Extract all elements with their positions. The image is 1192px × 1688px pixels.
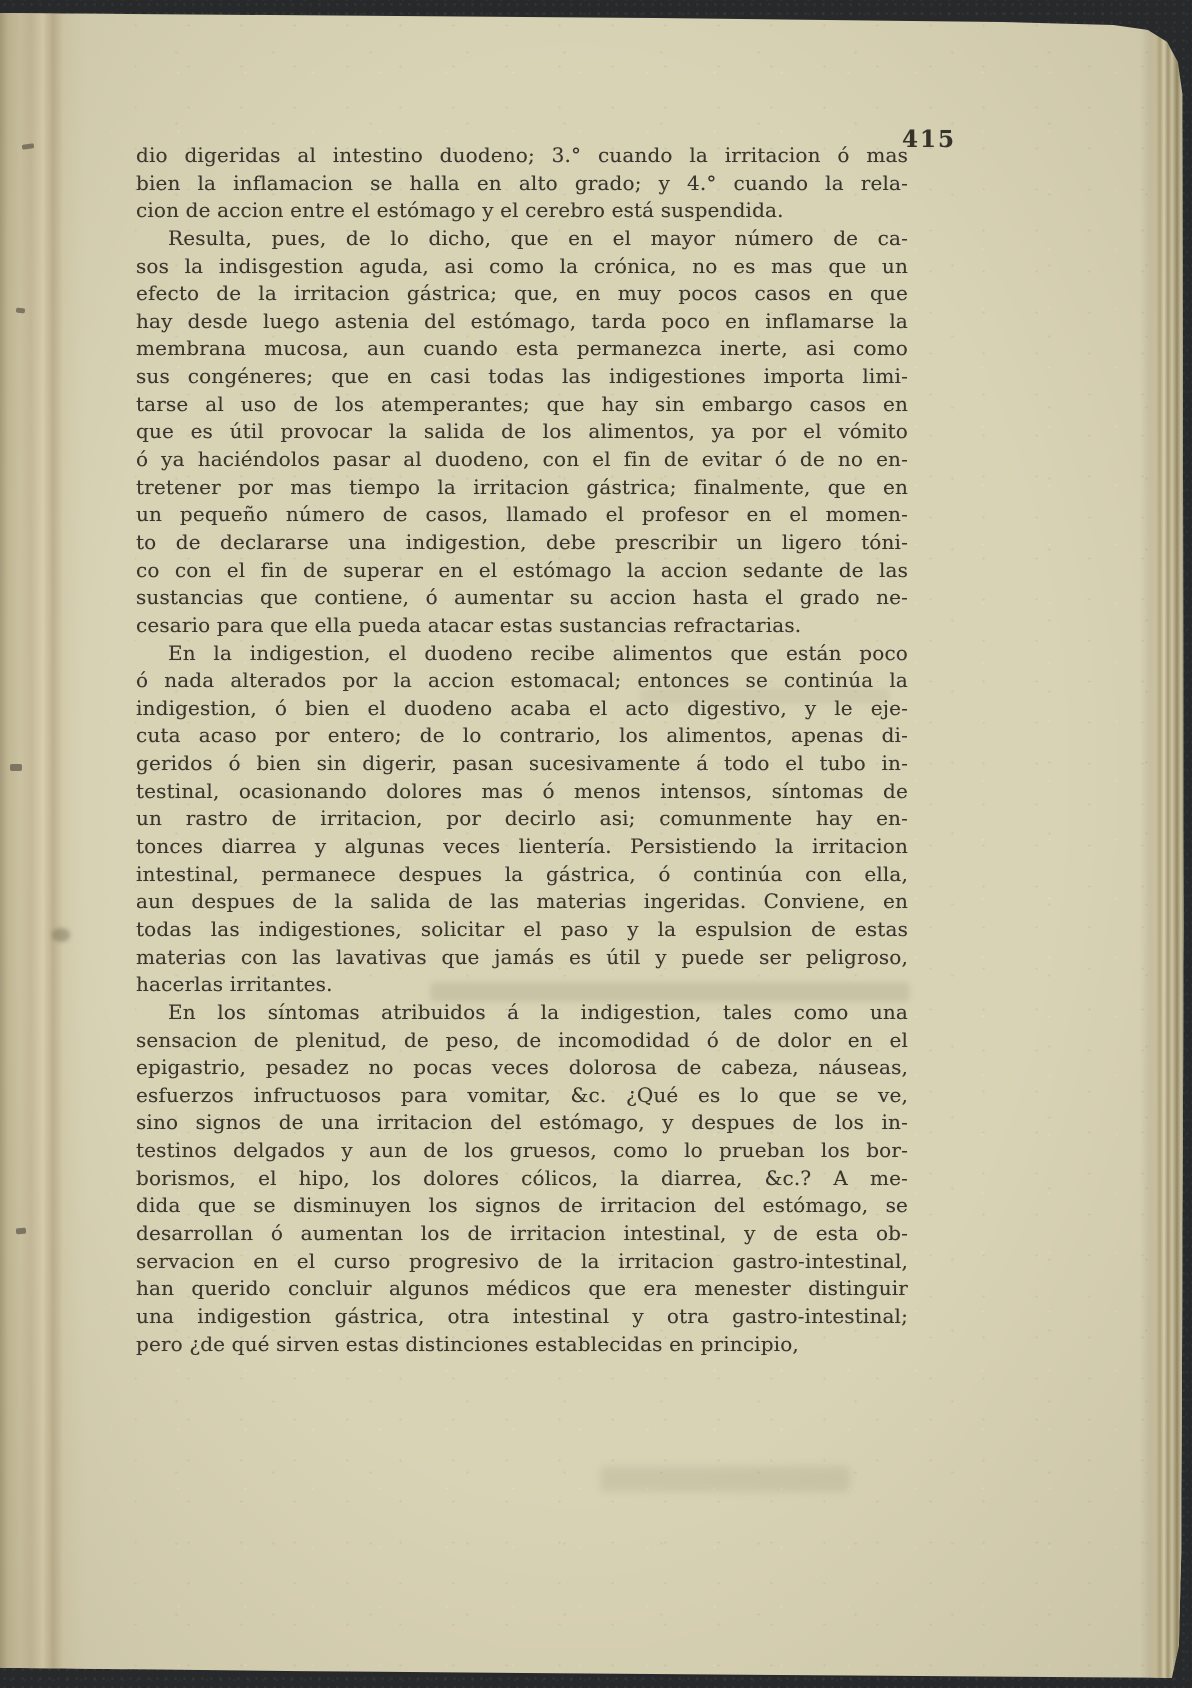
text-line: ó ya haciéndolos pasar al duodeno, con e…: [136, 446, 908, 474]
binding-speck: [16, 1228, 26, 1235]
text-line: geridos ó bien sin digerir, pasan sucesi…: [136, 750, 908, 778]
page-edge-stack: [1140, 0, 1186, 1688]
text-line: todas las indigestiones, solicitar el pa…: [136, 916, 908, 944]
text-line: dida que se disminuyen los signos de irr…: [136, 1192, 908, 1220]
text-line: hay desde luego astenia del estómago, ta…: [136, 308, 908, 336]
text-line: sus congéneres; que en casi todas las in…: [136, 363, 908, 391]
page-number: 415: [902, 126, 956, 153]
text-line: servacion en el curso progresivo de la i…: [136, 1248, 908, 1276]
text-line: epigastrio, pesadez no pocas veces dolor…: [136, 1054, 908, 1082]
text-line: testinos delgados y aun de los gruesos, …: [136, 1137, 908, 1165]
text-line: esfuerzos infructuosos para vomitar, &c.…: [136, 1082, 908, 1110]
text-line: to de declararse una indigestion, debe p…: [136, 529, 908, 557]
text-line: dio digeridas al intestino duodeno; 3.° …: [136, 142, 908, 170]
text-line: tarse al uso de los atemperantes; que ha…: [136, 391, 908, 419]
text-line: ó nada alterados por la accion estomacal…: [136, 667, 908, 695]
text-line: bien la inflamacion se halla en alto gra…: [136, 170, 908, 198]
text-line: cesario para que ella pueda atacar estas…: [136, 612, 908, 640]
text-line: han querido concluir algunos médicos que…: [136, 1275, 908, 1303]
text-line: sos la indisgestion aguda, asi como la c…: [136, 253, 908, 281]
text-line: una indigestion gástrica, otra intestina…: [136, 1303, 908, 1331]
text-line: desarrollan ó aumentan los de irritacion…: [136, 1220, 908, 1248]
text-line: hacerlas irritantes.: [136, 971, 908, 999]
text-line: aun despues de la salida de las materias…: [136, 888, 908, 916]
text-line: indigestion, ó bien el duodeno acaba el …: [136, 695, 908, 723]
text-line: sino signos de una irritacion del estóma…: [136, 1109, 908, 1137]
text-line: borismos, el hipo, los dolores cólicos, …: [136, 1165, 908, 1193]
text-line: pero ¿de qué sirven estas distinciones e…: [136, 1331, 908, 1359]
text-line: testinal, ocasionando dolores mas ó meno…: [136, 778, 908, 806]
text-line: cion de accion entre el estómago y el ce…: [136, 197, 908, 225]
binding-speck: [16, 308, 25, 314]
text-block: dio digeridas al intestino duodeno; 3.° …: [136, 142, 908, 1358]
text-line: co con el fin de superar en el estómago …: [136, 557, 908, 585]
text-line: materias con las lavativas que jamás es …: [136, 944, 908, 972]
text-line: intestinal, permanece despues la gástric…: [136, 861, 908, 889]
text-line: tretener por mas tiempo la irritacion gá…: [136, 474, 908, 502]
book-page: 415 dio digeridas al intestino duodeno; …: [0, 0, 1192, 1688]
binding-speck: [22, 143, 35, 150]
text-line: efecto de la irritacion gástrica; que, e…: [136, 280, 908, 308]
binding-speck: [10, 764, 22, 771]
bleed-through-smudge: [600, 1466, 850, 1492]
text-line: sensacion de plenitud, de peso, de incom…: [136, 1027, 908, 1055]
scan-background: { "document": { "page_number": "415", "p…: [0, 0, 1192, 1688]
text-line: sustancias que contiene, ó aumentar su a…: [136, 584, 908, 612]
text-line: un rastro de irritacion, por decirlo asi…: [136, 805, 908, 833]
page-gutter: [0, 0, 150, 1688]
text-line: tonces diarrea y algunas veces lientería…: [136, 833, 908, 861]
text-line: membrana mucosa, aun cuando esta permane…: [136, 335, 908, 363]
text-line: que es útil provocar la salida de los al…: [136, 418, 908, 446]
text-line: Resulta, pues, de lo dicho, que en el ma…: [136, 225, 908, 253]
paper-crease: [52, 928, 70, 942]
text-line: En la indigestion, el duodeno recibe ali…: [136, 640, 908, 668]
text-line: un pequeño número de casos, llamado el p…: [136, 501, 908, 529]
text-line: En los síntomas atribuidos á la indigest…: [136, 999, 908, 1027]
text-line: cuta acaso por entero; de lo contrario, …: [136, 722, 908, 750]
